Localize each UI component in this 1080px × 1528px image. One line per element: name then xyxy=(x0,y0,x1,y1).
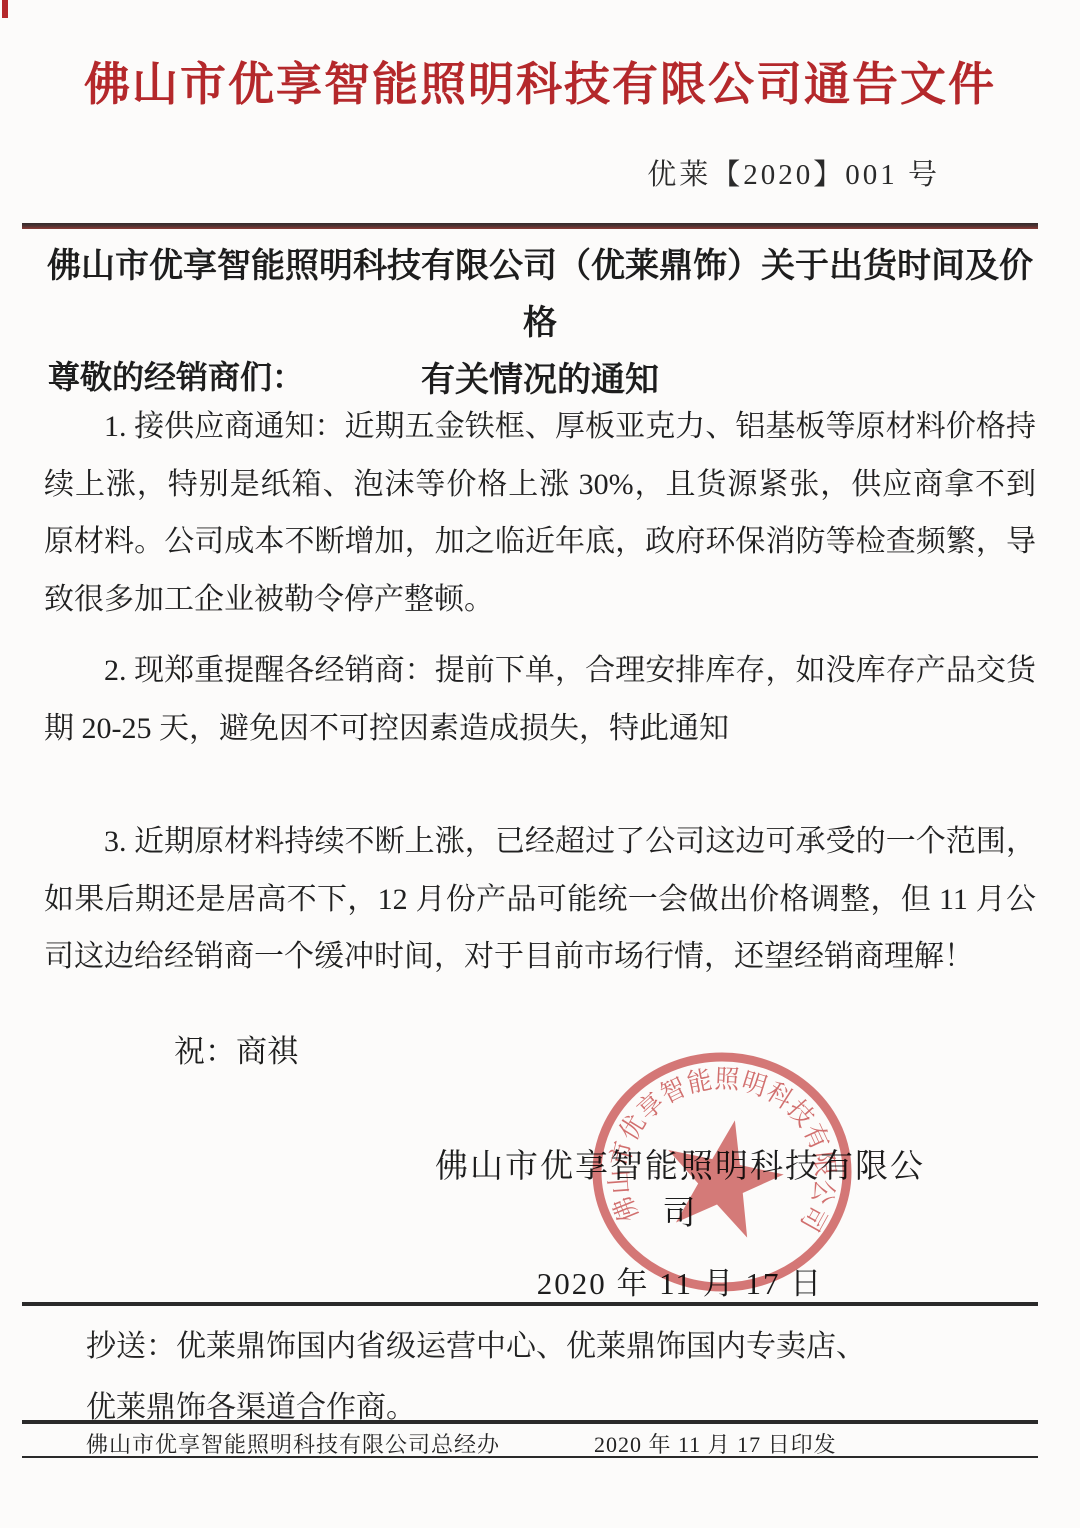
footer-print-date: 2020 年 11 月 17 日印发 xyxy=(594,1428,837,1459)
header-separator-rule xyxy=(22,223,1038,229)
notice-document: 佛山市优享智能照明科技有限公司通告文件 优莱【2020】001 号 佛山市优享智… xyxy=(0,0,1080,1528)
paragraph-2: 2. 现郑重提醒各经销商：提前下单，合理安排库存，如没库存产品交货期 20-25… xyxy=(44,642,1036,757)
body-text: 1. 接供应商通知：近期五金铁框、厚板亚克力、铝基板等原材料价格持续上涨，特别是… xyxy=(44,398,1036,986)
signature-company-name: 佛山市优享智能照明科技有限公司 xyxy=(420,1140,940,1234)
document-title: 佛山市优享智能照明科技有限公司通告文件 xyxy=(0,48,1080,114)
subject-line-1: 佛山市优享智能照明科技有限公司（优莱鼎饰）关于出货时间及价格 xyxy=(44,238,1036,352)
closing-salute: 祝：商祺 xyxy=(174,1026,298,1071)
cc-line-1: 抄送：优莱鼎饰国内省级运营中心、优莱鼎饰国内专卖店、 xyxy=(86,1316,1026,1377)
document-number: 优莱【2020】001 号 xyxy=(0,152,1080,193)
paragraph-1: 1. 接供应商通知：近期五金铁框、厚板亚克力、铝基板等原材料价格持续上涨，特别是… xyxy=(44,398,1036,628)
salutation: 尊敬的经销商们： xyxy=(48,352,304,398)
scan-artifact-red-tick xyxy=(2,0,8,18)
footer-top-rule xyxy=(22,1420,1038,1424)
footer-issuing-office: 佛山市优享智能照明科技有限公司总经办 xyxy=(86,1428,500,1459)
signature-block: 佛山市优享智能照明科技有限公司 2020 年 11 月 17 日 xyxy=(420,1140,940,1303)
footer-bottom-rule xyxy=(22,1456,1038,1458)
paragraph-3: 3. 近期原材料持续不断上涨，已经超过了公司这边可承受的一个范围，如果后期还是居… xyxy=(44,813,1036,986)
cc-top-rule xyxy=(22,1302,1038,1306)
signature-date: 2020 年 11 月 17 日 xyxy=(420,1258,940,1303)
